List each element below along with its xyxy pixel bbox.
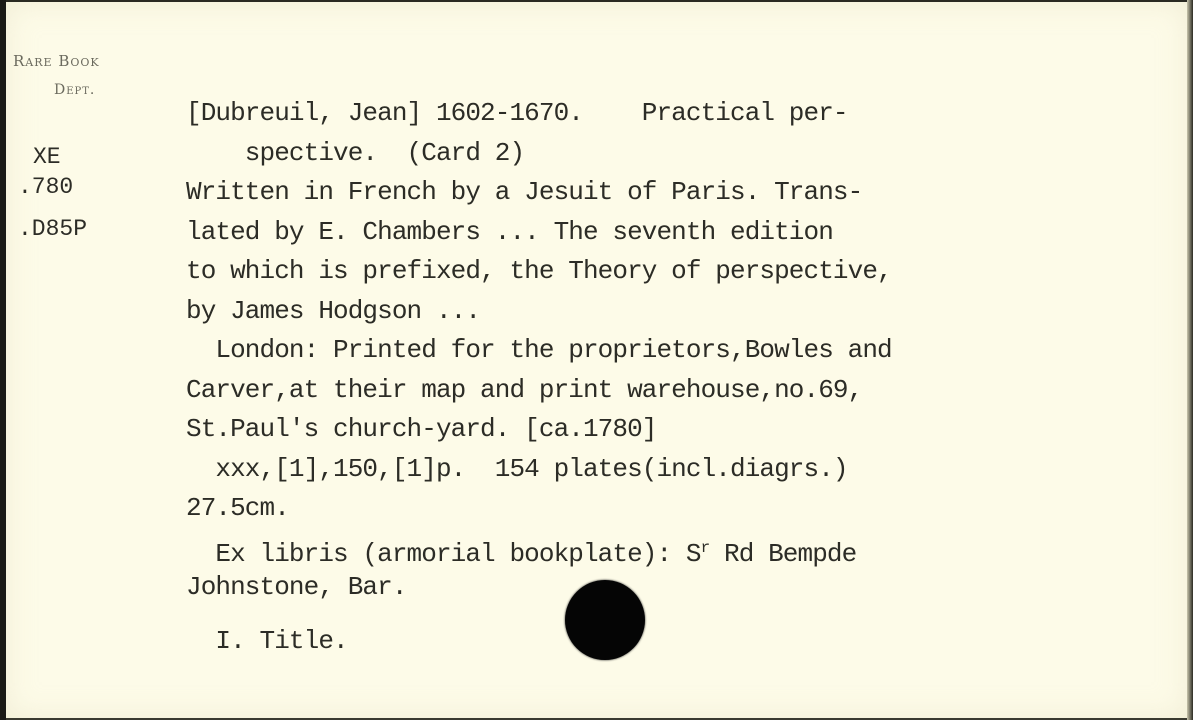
department-stamp-line2: Dept.: [54, 82, 95, 98]
department-stamp-line1: Rare Book: [13, 52, 100, 70]
entry-title-continuation: spective. (Card 2): [186, 134, 892, 174]
catalog-entry: [Dubreuil, Jean] 1602-1670. Practical pe…: [186, 94, 892, 661]
ex-libris-suffix: Rd Bempde: [709, 539, 856, 569]
collation-line: xxx,[1],150,[1]p. 154 plates(incl.diagrs…: [186, 450, 892, 490]
ex-libris-line: Ex libris (armorial bookplate): Sr Rd Be…: [186, 529, 892, 569]
entry-note-line: by James Hodgson ...: [186, 292, 892, 332]
dimensions-line: 27.5cm.: [186, 489, 892, 529]
imprint-line: London: Printed for the proprietors,Bowl…: [186, 331, 892, 371]
entry-note-line: lated by E. Chambers ... The seventh edi…: [186, 213, 892, 253]
entry-note-line: to which is prefixed, the Theory of pers…: [186, 252, 892, 292]
tracing-line: I. Title.: [186, 622, 892, 662]
imprint-line: St.Paul's church-yard. [ca.1780]: [186, 410, 892, 450]
ex-libris-prefix: Ex libris (armorial bookplate): S: [186, 539, 701, 569]
entry-note-line: Written in French by a Jesuit of Paris. …: [186, 173, 892, 213]
call-number-subclass: .780: [18, 172, 73, 202]
punch-hole: [565, 580, 645, 660]
call-number-cutter: .D85P: [18, 214, 87, 244]
card-right-edge: [1187, 0, 1193, 720]
imprint-line: Carver,at their map and print warehouse,…: [186, 371, 892, 411]
ex-libris-superscript: r: [701, 539, 710, 557]
entry-heading-line: [Dubreuil, Jean] 1602-1670. Practical pe…: [186, 94, 892, 134]
ex-libris-line2: Johnstone, Bar.: [186, 568, 892, 608]
call-number-class: XE: [33, 142, 61, 172]
